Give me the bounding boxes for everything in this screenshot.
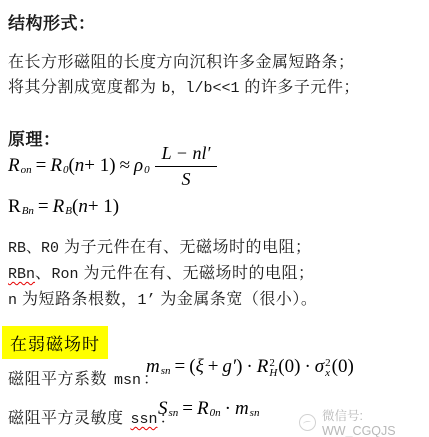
structure-paragraph: 在长方形磁阻的长度方向沉积许多金属短路条； 将其分割成宽度都为 b，l/b<<1…	[8, 50, 360, 101]
paren: )	[113, 196, 119, 218]
dot-operator: ·	[242, 356, 256, 378]
math-var-xi: ξ	[196, 356, 204, 378]
math-supsub: 2H	[269, 358, 277, 378]
math-sub: on	[21, 165, 32, 176]
math-op: + 1	[84, 155, 109, 177]
fraction: L − nl′ S	[155, 143, 218, 190]
watermark: 微信号: WW_CGQJS	[299, 406, 429, 437]
math-var: m	[146, 356, 160, 378]
notes-line-2: RBn、Ron 为元件在有、无磁场时的电阻；	[8, 261, 317, 287]
formula-msn: msn = (ξ+g′) · R2H(0) · σ2x(0)	[146, 356, 354, 378]
math-sub: sn	[169, 408, 179, 419]
weak-field-highlight-text: 在弱磁场时	[2, 326, 108, 359]
approx-sign: ≈	[116, 155, 134, 177]
formula-ron: Ron = R0 (n+ 1) ≈ ρ0 L − nl′ S	[8, 143, 217, 189]
math-var: n	[75, 155, 85, 177]
math-arg: (0)	[332, 356, 354, 378]
math-sub: sn	[250, 408, 260, 419]
dot-operator: ·	[300, 356, 314, 378]
math-sub: 0	[144, 165, 150, 176]
equals-sign: =	[178, 398, 197, 420]
notes-line-3-text-a: 为短路条根数，	[17, 291, 137, 308]
math-sub: Bn	[22, 206, 34, 217]
math-sub: 0	[63, 165, 69, 176]
math-var: m	[235, 398, 249, 420]
notes-line-2-separator: 、	[35, 265, 52, 282]
notes-line-2-code-rbn: RBn	[8, 266, 35, 283]
math-var-sigma: σ	[315, 356, 324, 378]
math-var: n	[78, 196, 88, 218]
fraction-denominator: S	[155, 167, 218, 190]
math-var: R	[8, 196, 21, 218]
equals-sign: =	[171, 356, 190, 378]
wechat-logo-icon	[299, 414, 316, 431]
math-var: R	[50, 155, 62, 177]
math-var: R	[197, 398, 209, 420]
math-sub: B	[65, 206, 72, 217]
structure-line-2-text-a: 将其分割成宽度都为	[8, 79, 161, 96]
notes-line-1-text: 为子元件在有、无磁场时的电阻；	[59, 239, 311, 256]
math-var-rho: ρ	[134, 155, 143, 177]
math-var: R	[8, 155, 20, 177]
equals-sign: =	[34, 196, 53, 218]
formula-rbn: RBn = RB (n+ 1)	[8, 196, 119, 218]
math-sub: 0n	[210, 408, 221, 419]
notes-line-3: n 为短路条根数，1’ 为金属条宽（很小）。	[8, 287, 317, 313]
weak-field-highlight: 在弱磁场时	[2, 326, 108, 359]
math-var-g: g′	[222, 356, 236, 378]
structure-line-2: 将其分割成宽度都为 b，l/b<<1 的许多子元件；	[8, 75, 360, 101]
notes-line-3-code-n: n	[8, 292, 17, 309]
math-var: S	[158, 398, 168, 420]
plus-sign: +	[204, 356, 223, 378]
math-sub: x	[325, 368, 330, 378]
msn-label-code: msn	[114, 372, 141, 389]
dot-operator: ·	[221, 398, 235, 420]
structure-line-2-code: b，l/b<<1	[161, 80, 239, 97]
ssn-label-text: 磁阻平方灵敏度	[8, 410, 128, 427]
math-supsub: 2x	[325, 358, 331, 378]
math-sub: sn	[161, 366, 171, 377]
notes-line-3-code-width: 1’	[137, 292, 155, 309]
notes-line-2-code-ron: Ron	[52, 266, 79, 283]
notes-line-2-text: 为元件在有、无磁场时的电阻；	[79, 265, 315, 282]
math-arg: (0)	[278, 356, 300, 378]
watermark-text: 微信号: WW_CGQJS	[322, 406, 429, 437]
notes-line-1-code: RB、R0	[8, 240, 59, 257]
structure-line-2-text-b: 的许多子元件；	[239, 79, 359, 96]
notes-paragraph: RB、R0 为子元件在有、无磁场时的电阻； RBn、Ron 为元件在有、无磁场时…	[8, 235, 317, 313]
ssn-label: 磁阻平方灵敏度 ssn：	[8, 406, 176, 432]
msn-label: 磁阻平方系数 msn：	[8, 367, 159, 393]
ssn-label-code: ssn	[130, 411, 157, 428]
math-var: R	[257, 356, 269, 378]
equals-sign: =	[32, 155, 51, 177]
math-op: + 1	[88, 196, 113, 218]
msn-label-text: 磁阻平方系数	[8, 371, 112, 388]
formula-ssn: Ssn = R0n · msn	[158, 398, 259, 420]
fraction-numerator: L − nl′	[155, 143, 218, 167]
notes-line-3-text-b: 为金属条宽（很小）。	[155, 291, 317, 308]
math-var: R	[53, 196, 65, 218]
math-sub: H	[269, 368, 277, 378]
structure-line-1: 在长方形磁阻的长度方向沉积许多金属短路条；	[8, 50, 360, 75]
notes-line-1: RB、R0 为子元件在有、无磁场时的电阻；	[8, 235, 317, 261]
structure-heading: 结构形式：	[8, 9, 96, 34]
